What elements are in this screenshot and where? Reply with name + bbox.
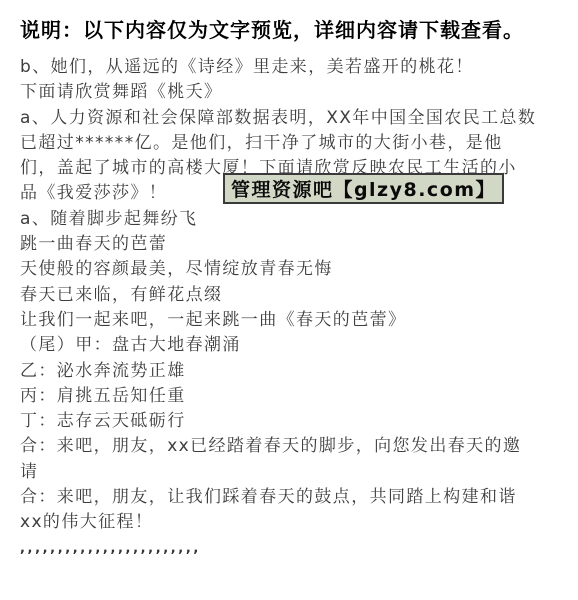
text-line: 乙：泌水奔流势正雄 <box>20 359 565 384</box>
text-line: 丁：志存云天砥砺行 <box>20 409 565 434</box>
text-line: 已超过******亿。是他们，扫干净了城市的大街小巷，是他 <box>20 131 565 156</box>
text-line: 天使般的容颜最美，尽情绽放青春无悔 <box>20 257 565 282</box>
watermark-badge: 管理资源吧【glzy8.com】 <box>223 173 504 204</box>
text-line: 春天已来临，有鲜花点缀 <box>20 283 565 308</box>
text-line: 请 <box>20 460 565 485</box>
watermark-site-label: 管理资源吧【glzy8.com】 <box>231 175 496 202</box>
text-line: b、她们，从遥远的《诗经》里走来，美若盛开的桃花！ <box>20 55 565 80</box>
text-line: xx的伟大征程！ <box>20 510 565 535</box>
text-line: 丙：肩挑五岳知任重 <box>20 384 565 409</box>
text-line: 合：来吧，朋友，让我们踩着春天的鼓点，共同踏上构建和谐 <box>20 485 565 510</box>
text-line: 下面请欣赏舞蹈《桃夭》 <box>20 80 565 105</box>
preview-notice: 说明：以下内容仅为文字预览，详细内容请下载查看。 <box>20 14 524 43</box>
text-line: （尾）甲：盘古大地春潮涌 <box>20 333 565 358</box>
text-line: a、随着脚步起舞纷飞 <box>20 207 565 232</box>
text-line: 跳一曲春天的芭蕾 <box>20 232 565 257</box>
text-line: 让我们一起来吧，一起来跳一曲《春天的芭蕾》 <box>20 308 565 333</box>
document-body: b、她们，从遥远的《诗经》里走来，美若盛开的桃花！ 下面请欣赏舞蹈《桃夭》 a、… <box>20 55 565 561</box>
text-line: 合：来吧，朋友，xx已经踏着春天的脚步，向您发出春天的邀 <box>20 434 565 459</box>
truncation-marks: ,,,,,,,,,,,,,,,,,,,,,,,, <box>20 536 565 561</box>
document-preview-page: 说明：以下内容仅为文字预览，详细内容请下载查看。 b、她们，从遥远的《诗经》里走… <box>0 0 578 600</box>
text-line: a、人力资源和社会保障部数据表明，XX年中国全国农民工总数 <box>20 106 565 131</box>
